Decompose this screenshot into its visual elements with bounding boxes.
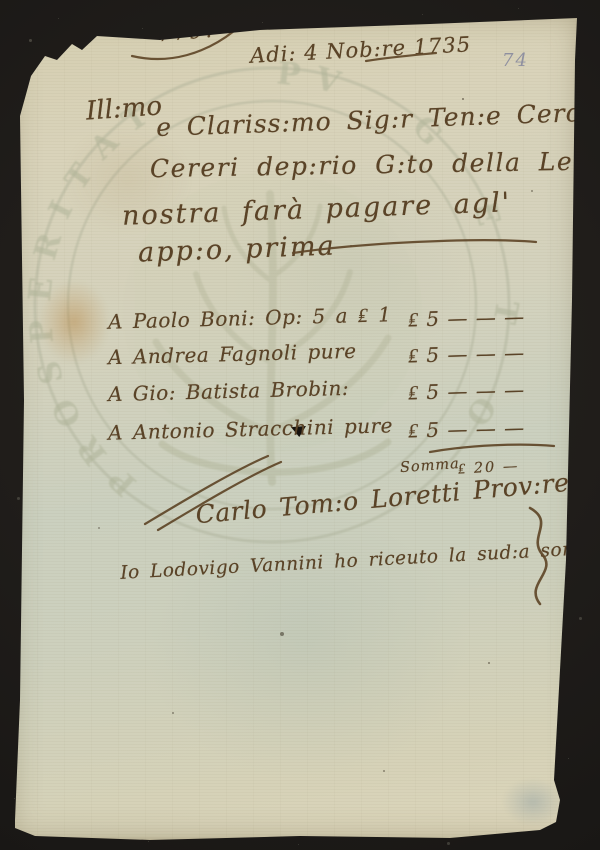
prima-trailing-stroke [293, 240, 536, 253]
archival-photo-backdrop: PROSPERITAT PV GETO 779. Adi: 4 Nob:re 1… [0, 0, 600, 850]
sum-rule [430, 445, 554, 452]
manuscript-page: PROSPERITAT PV GETO 779. Adi: 4 Nob:re 1… [10, 12, 580, 840]
slash-flourish-2 [158, 462, 281, 530]
slash-flourish-1 [145, 456, 268, 524]
folio-underline-swash [132, 31, 234, 59]
closing-brace-flourish [530, 508, 546, 604]
paper-specks [10, 12, 12, 14]
ink-flourishes [10, 12, 580, 840]
backdrop-speckles [0, 0, 1, 1]
date-underline [366, 53, 436, 61]
